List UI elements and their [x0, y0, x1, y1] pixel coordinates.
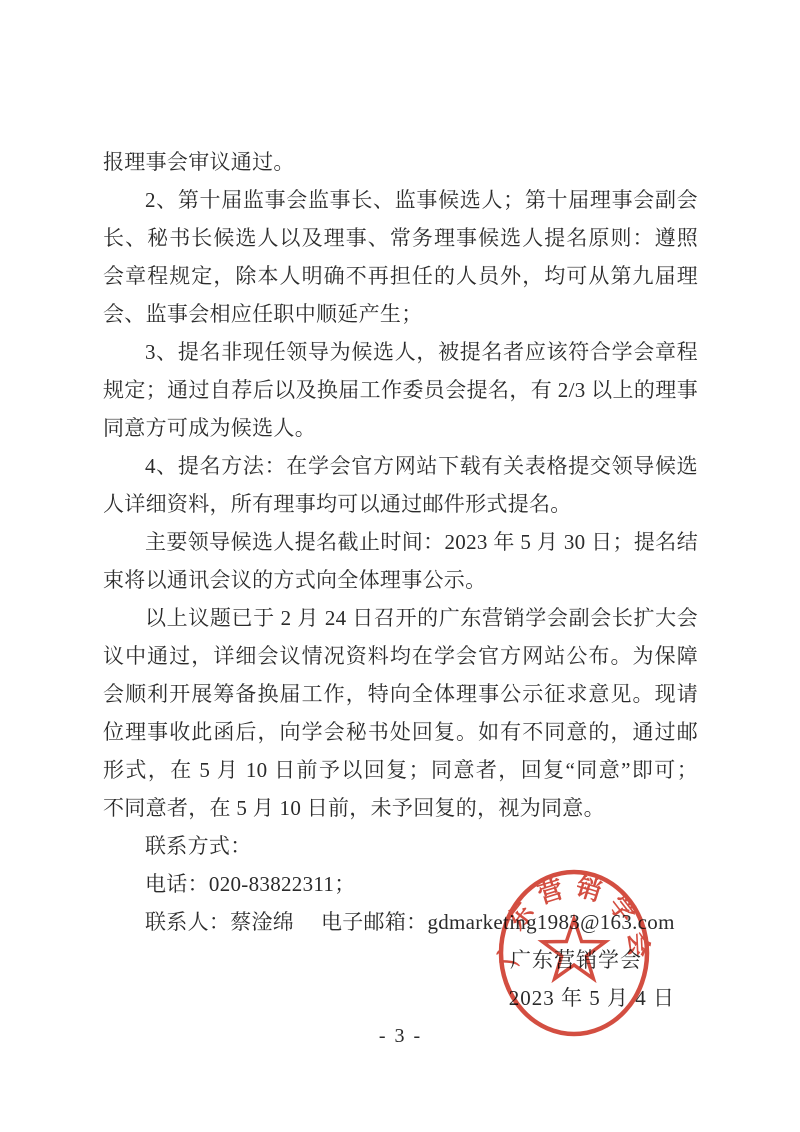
- text-line: 形式，在 5 月 10 日前予以回复；同意者，回复“同意”即可；: [103, 751, 698, 789]
- text-line: 同意方可成为候选人。: [103, 409, 698, 447]
- text-line: 联系人：蔡淦绵 电子邮箱：gdmarketing1983@163.com: [103, 903, 698, 941]
- text-line: 会章程规定，除本人明确不再担任的人员外，均可从第九届理事: [103, 257, 698, 295]
- text-line: 不同意者，在 5 月 10 日前，未予回复的，视为同意。: [103, 789, 698, 827]
- page-number: - 3 -: [103, 1017, 698, 1055]
- text-line: 报理事会审议通过。: [103, 143, 698, 181]
- document-page: 报理事会审议通过。2、第十届监事会监事长、监事候选人；第十届理事会副会长、秘书长…: [0, 0, 800, 1132]
- text-line: 长、秘书长候选人以及理事、常务理事候选人提名原则：遵照学: [103, 219, 698, 257]
- text-line: 议中通过，详细会议情况资料均在学会官方网站公布。为保障学: [103, 637, 698, 675]
- text-line: 束将以通讯会议的方式向全体理事公示。: [103, 561, 698, 599]
- text-line: 以上议题已于 2 月 24 日召开的广东营销学会副会长扩大会: [103, 599, 698, 637]
- text-line: 会、监事会相应任职中顺延产生；: [103, 295, 698, 333]
- text-line: 4、提名方法：在学会官方网站下载有关表格提交领导候选: [103, 447, 698, 485]
- document-body: 报理事会审议通过。2、第十届监事会监事长、监事候选人；第十届理事会副会长、秘书长…: [103, 143, 698, 1055]
- text-line: 电话：020-83822311；: [103, 865, 698, 903]
- text-line: 人详细资料，所有理事均可以通过邮件形式提名。: [103, 485, 698, 523]
- text-line: 位理事收此函后，向学会秘书处回复。如有不同意的，通过邮件: [103, 713, 698, 751]
- text-line: 主要领导候选人提名截止时间：2023 年 5 月 30 日；提名结: [103, 523, 698, 561]
- signature-org: 广东营销学会: [103, 941, 698, 979]
- text-line: 会顺利开展筹备换届工作，特向全体理事公示征求意见。现请各: [103, 675, 698, 713]
- signature-date: 2023 年 5 月 4 日: [103, 979, 698, 1017]
- text-line: 规定；通过自荐后以及换届工作委员会提名，有 2/3 以上的理事: [103, 371, 698, 409]
- text-line: 3、提名非现任领导为候选人，被提名者应该符合学会章程: [103, 333, 698, 371]
- text-line: 2、第十届监事会监事长、监事候选人；第十届理事会副会: [103, 181, 698, 219]
- text-line: 联系方式：: [103, 827, 698, 865]
- document-lines: 报理事会审议通过。2、第十届监事会监事长、监事候选人；第十届理事会副会长、秘书长…: [103, 143, 698, 941]
